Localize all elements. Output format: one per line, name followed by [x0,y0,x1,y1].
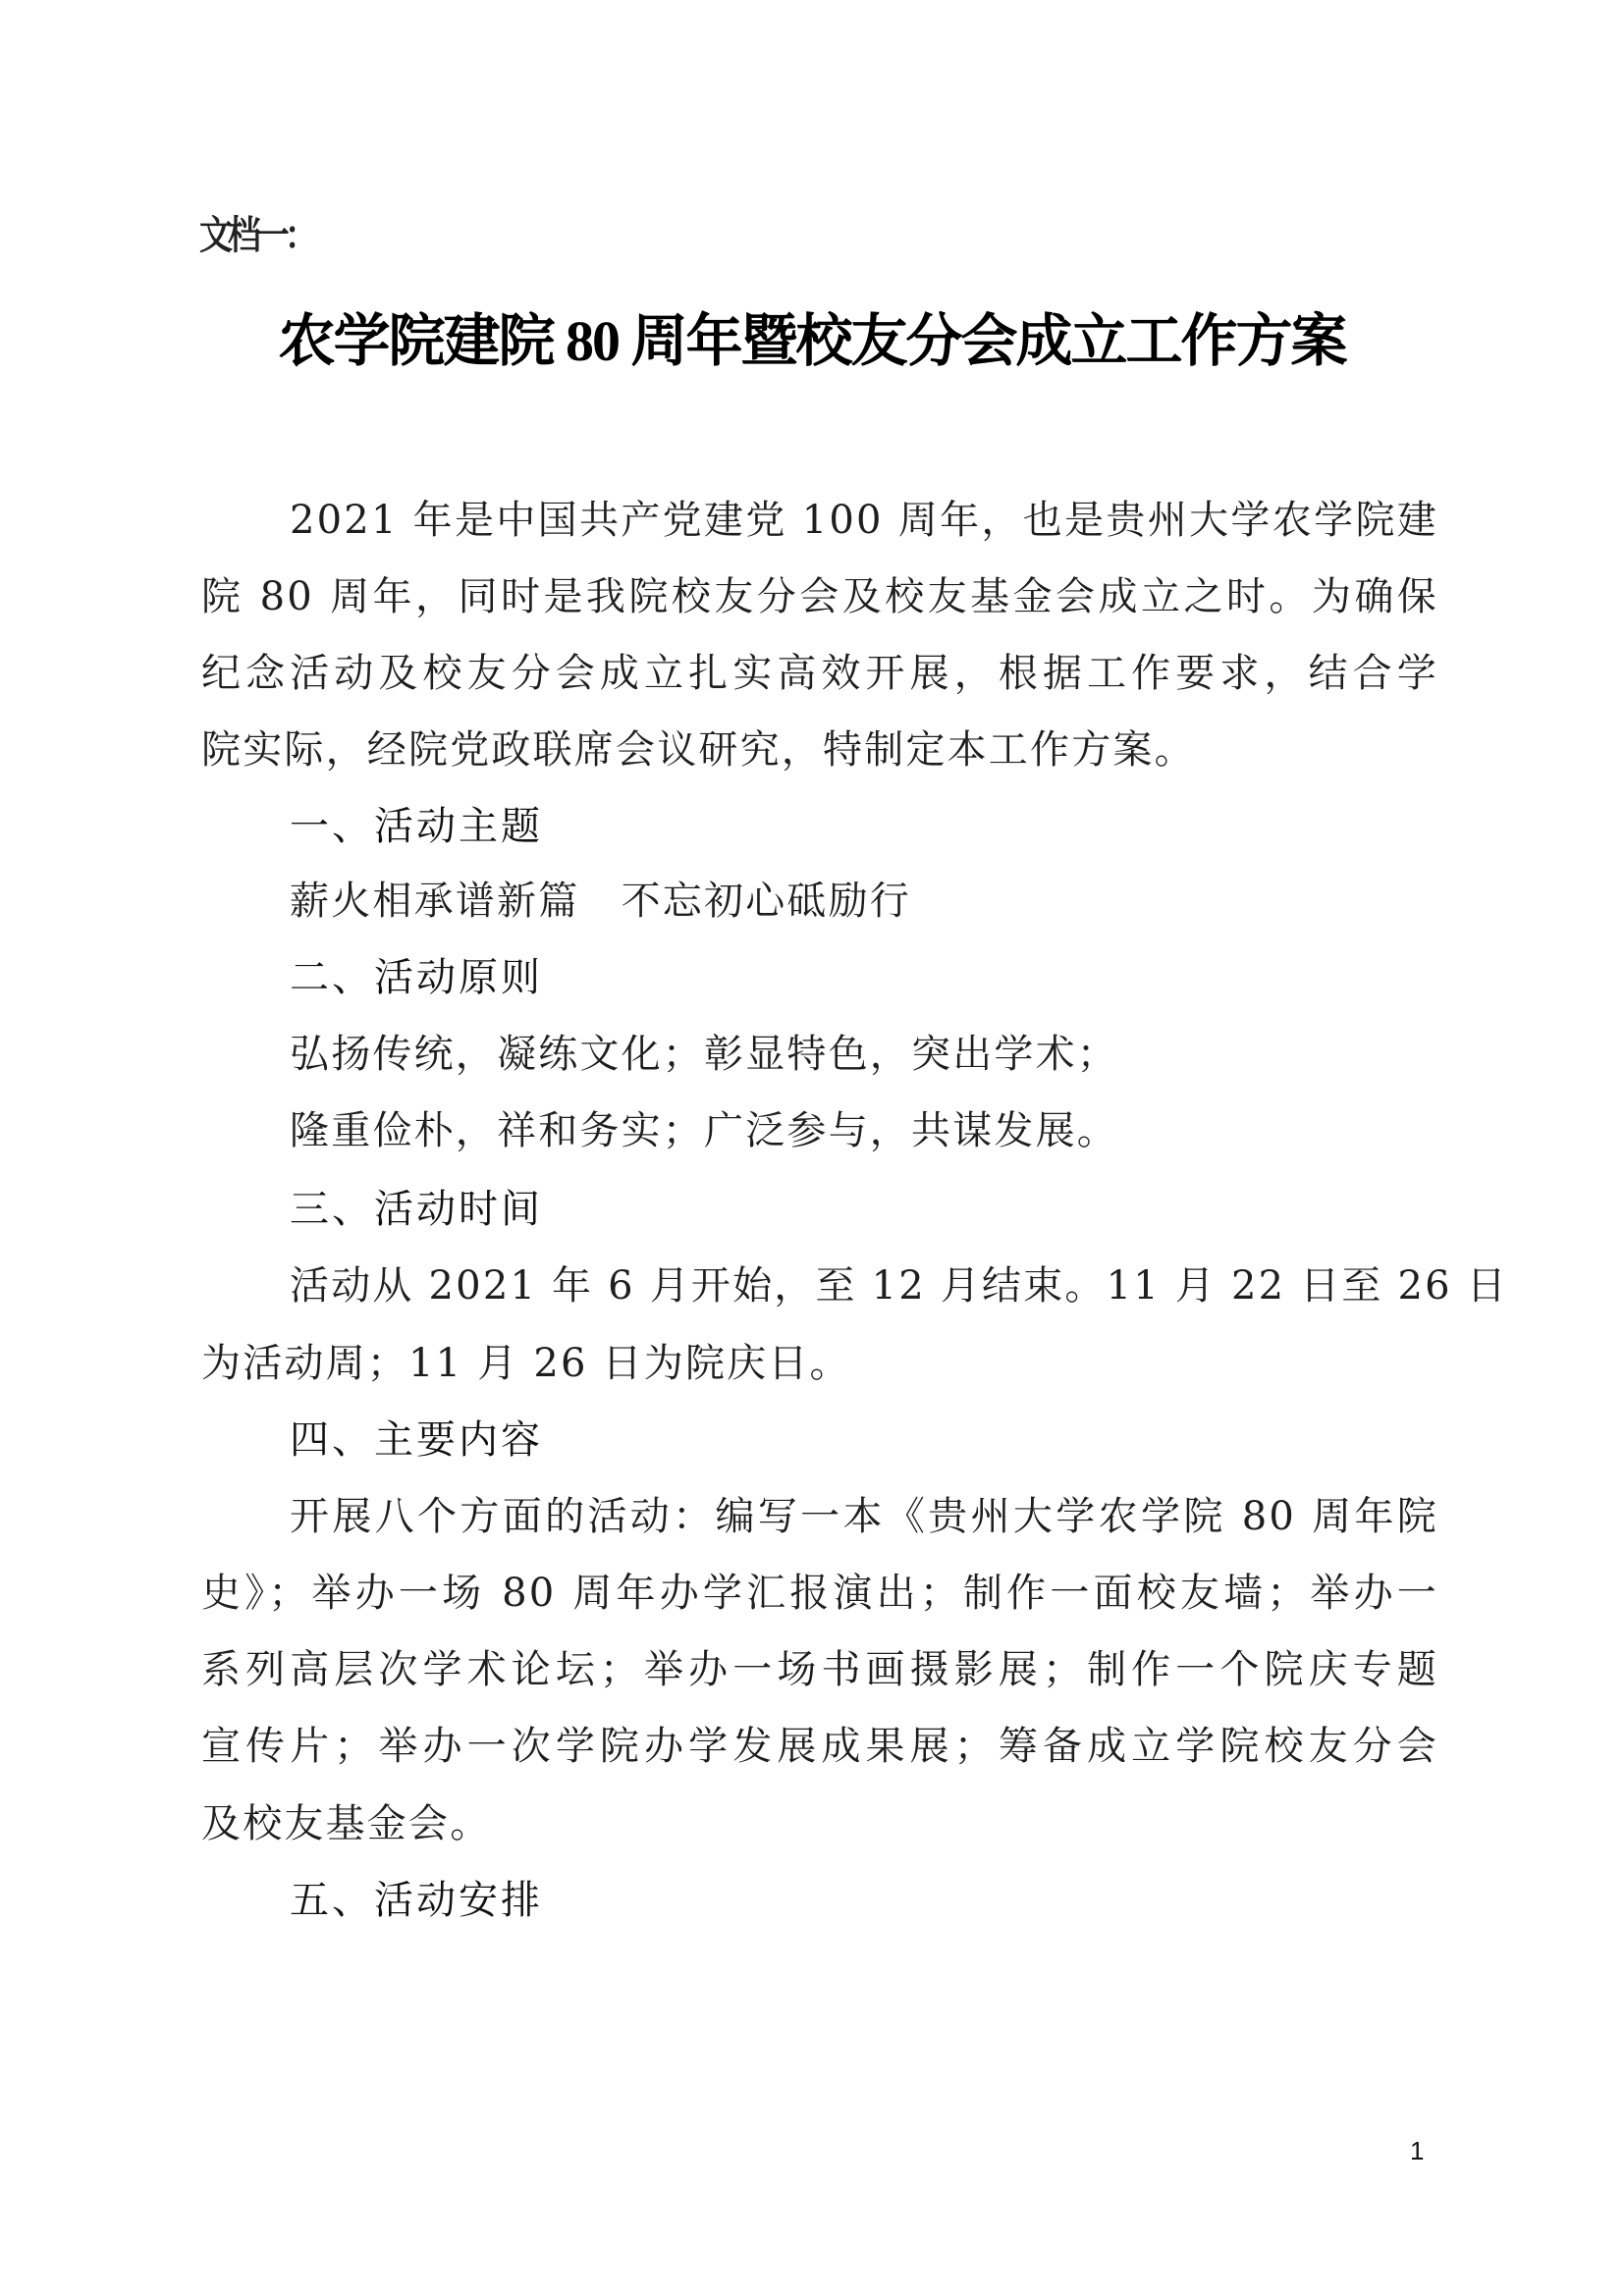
section-heading-arrangement: 五、活动安排 [290,1862,1527,1939]
section-heading-content: 四、主要内容 [290,1402,1527,1478]
section-heading-theme: 一、活动主题 [290,788,1527,865]
content-line-1: 开展八个方面的活动：编写一本《贵州大学农学院 80 周年院 [290,1478,1438,1555]
content-line-4: 宣传片；举办一次学院办学发展成果展；筹备成立学院校友分会 [201,1708,1438,1785]
theme-text: 薪火相承谱新篇 不忘初心砥励行 [290,863,1527,939]
content-line-5: 及校友基金会。 [201,1786,1438,1862]
section-heading-principles: 二、活动原则 [290,939,1527,1016]
intro-line-2: 院 80 周年，同时是我院校友分会及校友基金会成立之时。为确保 [201,559,1438,635]
content-line-3: 系列高层次学术论坛；举办一场书画摄影展；制作一个院庆专题 [201,1631,1438,1708]
section-heading-time: 三、活动时间 [290,1171,1527,1248]
principles-line-1: 弘扬传统，凝练文化；彰显特色，突出学术； [290,1016,1527,1093]
document-page: 文档一： 农学院建院 80 周年暨校友分会成立工作方案 2021 年是中国共产党… [0,0,1624,2296]
document-title: 农学院建院 80 周年暨校友分会成立工作方案 [0,294,1624,377]
page-number: 1 [1410,2136,1424,2166]
time-line-2: 为活动周；11 月 26 日为院庆日。 [201,1325,1438,1402]
intro-line-3: 纪念活动及校友分会成立扎实高效开展，根据工作要求，结合学 [201,635,1438,712]
content-line-2: 史》；举办一场 80 周年办学汇报演出；制作一面校友墙；举办一 [201,1555,1438,1631]
intro-line-1: 2021 年是中国共产党建党 100 周年，也是贵州大学农学院建 [290,482,1438,559]
principles-line-2: 隆重俭朴，祥和务实；广泛参与，共谋发展。 [290,1093,1527,1169]
document-label: 文档一： [199,204,313,260]
intro-line-4: 院实际，经院党政联席会议研究，特制定本工作方案。 [201,712,1438,788]
time-line-1: 活动从 2021 年 6 月开始，至 12 月结束。11 月 22 日至 26 … [290,1248,1438,1324]
